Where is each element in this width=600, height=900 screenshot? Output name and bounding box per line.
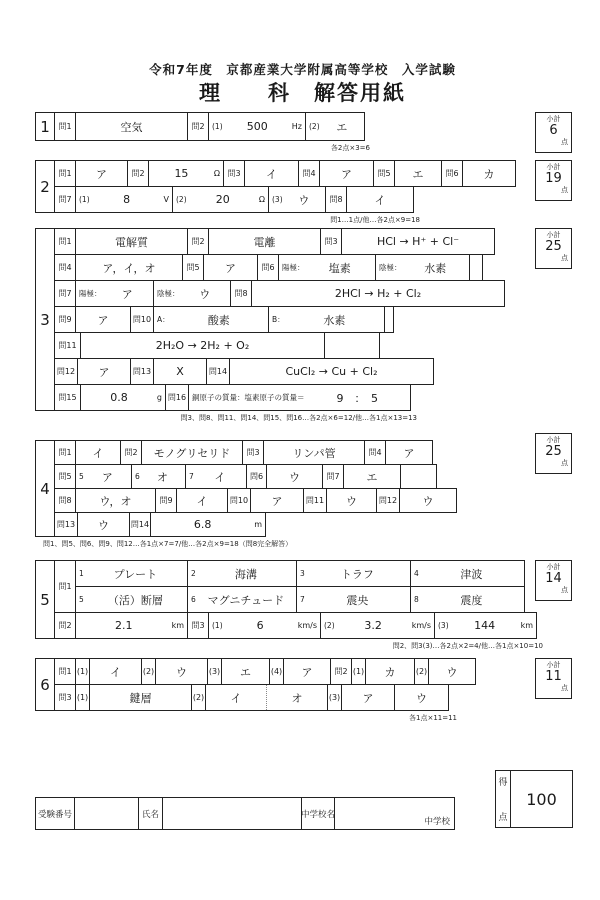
answer-value: オ [267, 690, 327, 706]
question-label: 問5 [373, 160, 395, 187]
answer-row: 問9ア問10A：酸素B：水素 [54, 306, 505, 333]
subtotal-box-section-2: 小計19点 [535, 160, 572, 201]
question-label: 問7 [54, 186, 76, 213]
answer-cell: 2H₂O → 2H₂ + O₂ [80, 332, 325, 359]
answer-cell: イオ [205, 684, 328, 711]
sub-label: 5 [76, 472, 84, 481]
answer-cell: CuCl₂ → Cu + Cl₂ [229, 358, 434, 385]
subtotal-box-section-6: 小計11点 [535, 658, 572, 699]
answer-value: ウ [400, 493, 456, 509]
answer-cell: (2)3.2km/s [320, 612, 435, 639]
section-4: 4問1イ問2モノグリセリド問3リンパ管問4ア問55ア6オ7イ問6ウ問7エ問8ウ，… [35, 440, 457, 537]
sub-label: (1) [76, 195, 90, 204]
answer-sheet-page: 令和7年度 京都産業大学附属高等学校 入学試験 理 科 解答用紙 1問1空気問2… [0, 0, 600, 900]
sub-label: 6 [132, 472, 140, 481]
answer-value: 6 [223, 619, 298, 632]
answer-row: 問1(1)イ(2)ウ(3)エ(4)ア問2(1)カ(2)ウ [54, 658, 476, 685]
question-label: 問14 [206, 358, 230, 385]
answer-value: イ [90, 664, 141, 680]
answer-row: 問12ア問13X問14CuCl₂ → Cu + Cl₂ [54, 358, 505, 385]
answer-value: エ [344, 469, 400, 485]
exam-number-field [74, 797, 139, 830]
unit-label: g [157, 393, 165, 402]
question-label: (3) [327, 684, 342, 711]
question-label: 問2 [127, 160, 149, 187]
points-label: 点 [536, 459, 571, 467]
answer-value: ア [251, 493, 303, 509]
score-label-bottom: 点 [496, 810, 510, 823]
answer-cell: ア [75, 306, 131, 333]
exam-number-label: 受験番号 [35, 797, 75, 830]
answer-cell: エ [221, 658, 270, 685]
answer-cell: 陰極：水素 [375, 254, 470, 281]
answer-cell: 4津波 [410, 560, 525, 587]
answer-value: HCl → H⁺ + Cl⁻ [342, 235, 494, 248]
question-label: 問5 [182, 254, 204, 281]
answer-cell: 1プレート [75, 560, 188, 587]
answer-value: 酸素 [170, 312, 268, 328]
points-label: 点 [536, 586, 571, 594]
answer-cell: ウ [77, 512, 130, 537]
scoring-note: 問1、問5、問6、問9、問12…各1点×7=7/他…各2点×9=18（問8完全解… [43, 539, 292, 549]
sub-label: B： [269, 314, 285, 325]
answer-value: 水素 [285, 312, 384, 328]
answer-cell: ア [283, 658, 331, 685]
answer-value: ア [320, 166, 373, 182]
answer-cell: (1)8V [75, 186, 173, 213]
answer-value: 水素 [402, 260, 470, 276]
question-label: 問9 [155, 488, 177, 513]
answer-cell: 陰極：ウ [153, 280, 231, 307]
answer-value: エ [222, 664, 269, 680]
question-label: 問5 [54, 464, 76, 489]
answer-value: イ [194, 469, 246, 485]
question-label: 問12 [54, 358, 78, 385]
question-label: 問7 [322, 464, 344, 489]
question-label: 問1 [54, 112, 76, 141]
subtotal-value: 14 [536, 571, 571, 586]
answer-cell: 電解質 [75, 228, 188, 255]
sub-label: 7 [297, 595, 305, 604]
answer-value: イ [245, 166, 298, 182]
question-label: (1) [351, 658, 366, 685]
answer-cell: 15Ω [148, 160, 224, 187]
question-label: 問2 [187, 112, 209, 141]
answer-cell: (1)6km/s [208, 612, 321, 639]
section-5: 5問11プレート2海溝3トラフ4津波5（活）断層6マグニチュード7震央8震度問2… [35, 560, 537, 639]
answer-value: リンパ管 [264, 445, 364, 461]
answer-value: エ [320, 119, 364, 135]
answer-value: イ [347, 192, 413, 208]
answer-cell: ウ [326, 488, 377, 513]
sub-label: (2) [306, 122, 320, 131]
question-label: 問6 [246, 464, 267, 489]
scoring-note: 各2点×3=6 [55, 143, 370, 153]
question-label: (2) [414, 658, 429, 685]
answer-row: 問1ア問215Ω問3イ問4ア問5エ問6カ [54, 160, 516, 187]
answer-value: ウ [327, 493, 376, 509]
answer-cell: 2海溝 [187, 560, 297, 587]
answer-value: 海溝 [196, 566, 296, 582]
question-label: 問3 [223, 160, 245, 187]
answer-cell: 2HCl → H₂ + Cl₂ [251, 280, 505, 307]
question-label: 問3 [187, 612, 209, 639]
answer-cell: モノグリセリド [141, 440, 243, 465]
question-label: (2) [191, 684, 206, 711]
empty-cell [400, 464, 437, 489]
total-score-label: 得 点 [496, 771, 511, 827]
subtotal-label: 小計 [536, 661, 571, 669]
answer-cell: (2)エ [305, 112, 365, 141]
section-number: 5 [35, 560, 55, 639]
section-6: 6問1(1)イ(2)ウ(3)エ(4)ア問2(1)カ(2)ウ問3(1)鍵層(2)イ… [35, 658, 476, 711]
answer-cell: ウ [266, 464, 323, 489]
answer-value: ア [78, 364, 130, 380]
score-label-top: 得 [496, 775, 510, 788]
answer-cell: イ [75, 440, 121, 465]
empty-cell [384, 306, 394, 333]
answer-value: ウ [78, 517, 129, 533]
scoring-note: 問1…1点/他…各2点×9=18 [55, 215, 420, 225]
question-label: (4) [269, 658, 284, 685]
answer-value: （活）断層 [84, 592, 187, 608]
answer-row: 問1電解質問2電離問3HCl → H⁺ + Cl⁻ [54, 228, 505, 255]
sub-label: 8 [411, 595, 419, 604]
answer-value: ア [102, 286, 154, 302]
scoring-note: 各1点×11=11 [55, 713, 457, 723]
answer-value: X [154, 365, 206, 378]
question-label: 問15 [54, 384, 81, 411]
answer-row: 問7(1)8V(2)20Ω(3)ウ問8イ [54, 186, 516, 213]
answer-row: 問11プレート2海溝3トラフ4津波 [54, 560, 537, 587]
subtotal-label: 小計 [536, 115, 571, 123]
answer-value: 15 [149, 167, 214, 180]
answer-cell: 8震度 [410, 586, 525, 613]
subtotal-box-section-1: 小計6点 [535, 112, 572, 153]
sub-label: (3) [435, 621, 449, 630]
answer-value: ア [204, 260, 257, 276]
answer-value: ア [284, 664, 330, 680]
answer-row: 問8ウ，オ問9イ問10ア問11ウ問12ウ [54, 488, 457, 513]
answer-cell: ア [385, 440, 433, 465]
subtotal-value: 25 [536, 444, 571, 459]
subtotal-label: 小計 [536, 563, 571, 571]
question-label: 問11 [303, 488, 327, 513]
answer-value: 空気 [76, 119, 187, 135]
answer-value: エ [395, 166, 441, 182]
question-label: 問12 [376, 488, 400, 513]
subtotal-value: 25 [536, 239, 571, 254]
answer-value: ア [76, 312, 130, 328]
answer-cell: 6マグニチュード [187, 586, 297, 613]
sub-label: 1 [76, 569, 84, 578]
question-label: 問9 [54, 306, 76, 333]
question-label: 問2 [120, 440, 142, 465]
answer-row: 問3(1)鍵層(2)イオ(3)アウ [54, 684, 476, 711]
answer-value: 0.8 [81, 391, 157, 404]
answer-value: 500 [223, 120, 292, 133]
answer-cell: ウ，オ [75, 488, 156, 513]
exam-header-line: 令和7年度 京都産業大学附属高等学校 入学試験 [0, 60, 600, 78]
question-label: 問3 [242, 440, 264, 465]
answer-value: 2.1 [76, 619, 172, 632]
answer-value: イ [76, 445, 120, 461]
answer-row: 5（活）断層6マグニチュード7震央8震度 [75, 586, 537, 613]
answer-cell: ア [250, 488, 304, 513]
name-label: 氏名 [138, 797, 163, 830]
unit-label: Ω [259, 195, 268, 204]
section-number: 2 [35, 160, 55, 213]
answer-value: マグニチュード [196, 592, 296, 608]
sub-label: 2 [188, 569, 196, 578]
question-label: (2) [141, 658, 156, 685]
answer-cell: ア [77, 358, 131, 385]
subtotal-label: 小計 [536, 436, 571, 444]
answer-value: 塩素 [305, 260, 376, 276]
answer-row: 問55ア6オ7イ問6ウ問7エ [54, 464, 457, 489]
answer-cell: 銅原子の質量：塩素原子の質量＝9 ： 5 [188, 384, 411, 411]
school-suffix-label: 中学校 [424, 815, 450, 827]
answer-cell: イ [176, 488, 228, 513]
answer-value: カ [463, 166, 515, 182]
question-label: 問6 [257, 254, 279, 281]
answer-cell: 6オ [131, 464, 186, 489]
answer-value: 9 ： 5 [305, 390, 411, 406]
answer-cell: ア [203, 254, 258, 281]
question-label: 問7 [54, 280, 76, 307]
subtotal-box-section-5: 小計14点 [535, 560, 572, 601]
question-label: 問4 [364, 440, 386, 465]
answer-cell: (3)144km [434, 612, 537, 639]
subtotal-label: 小計 [536, 231, 571, 239]
answer-cell: 7イ [185, 464, 247, 489]
answer-row: 問112H₂O → 2H₂ + O₂ [54, 332, 505, 359]
scoring-note: 問2、問3(3)…各2点×2=4/他…各1点×10=10 [55, 641, 543, 651]
answer-value: イ [177, 493, 227, 509]
question-label: 問1 [54, 560, 76, 613]
answer-value: ア [342, 690, 394, 706]
answer-value: ア [76, 166, 127, 182]
answer-cell: イ [89, 658, 142, 685]
question-label: 問11 [54, 332, 81, 359]
name-field [162, 797, 302, 830]
answer-value: モノグリセリド [142, 445, 242, 461]
answer-value: ウ [267, 469, 322, 485]
sub-label: (1) [209, 621, 223, 630]
sub-label: (2) [321, 621, 335, 630]
unit-label: Ω [214, 169, 223, 178]
unit-label: km [172, 621, 187, 630]
examinee-info-table: 受験番号 氏名 中学校名 中学校 [35, 797, 455, 830]
answer-cell: イ [346, 186, 414, 213]
answer-cell: イ [244, 160, 299, 187]
sub-label: 陽極： [76, 288, 102, 299]
answer-value: ウ [283, 192, 325, 208]
answer-value: ア [84, 469, 131, 485]
points-label: 点 [536, 254, 571, 262]
answer-value: ウ [156, 664, 207, 680]
answer-cell: 空気 [75, 112, 188, 141]
answer-value: カ [366, 664, 414, 680]
answer-value: CuCl₂ → Cu + Cl₂ [230, 365, 433, 378]
answer-cell: エ [394, 160, 442, 187]
answer-value: 2HCl → H₂ + Cl₂ [252, 287, 504, 300]
question-label: 問10 [130, 306, 154, 333]
answer-value: ア [386, 445, 432, 461]
sub-label: 4 [411, 569, 419, 578]
answer-value: 144 [449, 619, 521, 632]
answer-cell: 陽極：ア [75, 280, 154, 307]
question-label: (3) [207, 658, 222, 685]
answer-value: ウ，オ [76, 493, 155, 509]
question-label: 問3 [54, 684, 76, 711]
answer-value: 震央 [305, 592, 410, 608]
answer-cell: (1)500Hz [208, 112, 306, 141]
answer-cell: 3トラフ [296, 560, 411, 587]
answer-cell: (2)20Ω [172, 186, 269, 213]
answer-value: プレート [84, 566, 187, 582]
answer-cell: A：酸素 [153, 306, 269, 333]
answer-value: 6.8 [151, 518, 254, 531]
unit-label: Hz [292, 122, 305, 131]
section-number: 4 [35, 440, 55, 537]
school-label: 中学校名 [301, 797, 335, 830]
answer-row: 問150.8g問16銅原子の質量：塩素原子の質量＝9 ： 5 [54, 384, 505, 411]
sub-label: (3) [269, 195, 283, 204]
section-number: 1 [35, 112, 55, 141]
answer-value: 8 [90, 193, 164, 206]
answer-value: イ [206, 690, 266, 706]
answer-cell: ア [75, 160, 128, 187]
answer-cell: 鍵層 [89, 684, 192, 711]
sub-label: 5 [76, 595, 84, 604]
question-label: 問13 [54, 512, 78, 537]
question-label: 問13 [130, 358, 154, 385]
subtotal-value: 6 [536, 123, 571, 138]
answer-cell: リンパ管 [263, 440, 365, 465]
empty-cell [324, 332, 380, 359]
unit-label: V [164, 195, 172, 204]
answer-value: 鍵層 [90, 690, 191, 706]
section-3: 3問1電解質問2電離問3HCl → H⁺ + Cl⁻問4ア，イ，オ問5ア問6陽極… [35, 228, 505, 411]
subtotal-box-section-4: 小計25点 [535, 433, 572, 474]
section-number: 3 [35, 228, 55, 411]
answer-value: 電解質 [76, 234, 187, 250]
answer-value: 津波 [419, 566, 524, 582]
subtotal-value: 19 [536, 171, 571, 186]
answer-cell: カ [462, 160, 516, 187]
answer-cell: ア [341, 684, 395, 711]
answer-cell: エ [343, 464, 401, 489]
answer-cell: 5（活）断層 [75, 586, 188, 613]
question-label: 問1 [54, 440, 76, 465]
section-number: 6 [35, 658, 55, 711]
answer-row: 問1空気問2(1)500Hz(2)エ [54, 112, 365, 141]
question-label: 問2 [54, 612, 76, 639]
question-label: 問16 [165, 384, 189, 411]
sub-label: 陰極： [376, 262, 402, 273]
question-label: 問8 [54, 488, 76, 513]
answer-cell: (3)ウ [268, 186, 326, 213]
answer-cell: 0.8g [80, 384, 166, 411]
answer-value: トラフ [305, 566, 410, 582]
answer-cell: 電離 [208, 228, 321, 255]
question-label: 問8 [325, 186, 347, 213]
points-label: 点 [536, 684, 571, 692]
unit-label: km/s [298, 621, 320, 630]
answer-cell: ウ [394, 684, 449, 711]
points-label: 点 [536, 186, 571, 194]
question-label: 問1 [54, 160, 76, 187]
answer-cell: ウ [399, 488, 457, 513]
answer-value: 20 [187, 193, 259, 206]
subtotal-box-section-3: 小計25点 [535, 228, 572, 269]
sub-label: A： [154, 314, 170, 325]
answer-cell: ウ [155, 658, 208, 685]
answer-value: ウ [180, 286, 231, 302]
answer-cell: 2.1km [75, 612, 188, 639]
answer-cell: ウ [428, 658, 476, 685]
answer-cell: B：水素 [268, 306, 385, 333]
unit-label: km [521, 621, 536, 630]
question-label: (1) [75, 684, 90, 711]
section-2: 2問1ア問215Ω問3イ問4ア問5エ問6カ問7(1)8V(2)20Ω(3)ウ問8… [35, 160, 516, 213]
answer-cell: 陽極：塩素 [278, 254, 376, 281]
question-label: 問2 [330, 658, 352, 685]
answer-value: 震度 [419, 592, 524, 608]
answer-cell: HCl → H⁺ + Cl⁻ [341, 228, 495, 255]
question-label: 問1 [54, 228, 76, 255]
section-1: 1問1空気問2(1)500Hz(2)エ各2点×3=6 [35, 112, 365, 141]
answer-value: ア，イ，オ [76, 260, 182, 276]
question-label: 問2 [187, 228, 209, 255]
answer-value: オ [140, 469, 185, 485]
answer-value: ウ [395, 690, 448, 706]
answer-value: 電離 [209, 234, 320, 250]
sub-label: 7 [186, 472, 194, 481]
sub-label: (1) [209, 122, 223, 131]
question-label: 問4 [54, 254, 76, 281]
answer-cell: 6.8m [150, 512, 266, 537]
sub-label: 陽極： [279, 262, 305, 273]
total-score-value: 100 [511, 771, 572, 827]
question-label: (1) [75, 658, 90, 685]
total-score-box: 得 点 100 [495, 770, 573, 828]
question-label: 問10 [227, 488, 251, 513]
answer-row: 問1イ問2モノグリセリド問3リンパ管問4ア [54, 440, 457, 465]
answer-value: 2H₂O → 2H₂ + O₂ [81, 339, 324, 352]
sub-label: 3 [297, 569, 305, 578]
answer-row: 問13ウ問146.8m [54, 512, 457, 537]
sheet-title: 理 科 解答用紙 [0, 77, 600, 107]
answer-cell: ア，イ，オ [75, 254, 183, 281]
question-label: 問6 [441, 160, 463, 187]
sub-label: (2) [173, 195, 187, 204]
unit-label: km/s [412, 621, 434, 630]
question-label: 問1 [54, 658, 76, 685]
scoring-note: 問3、問8、問11、問14、問15、問16…各2点×6=12/他…各1点×13=… [55, 413, 417, 423]
answer-row: 問7陽極：ア陰極：ウ問82HCl → H₂ + Cl₂ [54, 280, 505, 307]
question-label: 問8 [230, 280, 252, 307]
sub-label: 陰極： [154, 288, 180, 299]
answer-cell: ア [319, 160, 374, 187]
answer-cell: 7震央 [296, 586, 411, 613]
sub-label: 銅原子の質量：塩素原子の質量＝ [189, 392, 305, 403]
school-field: 中学校 [334, 797, 455, 830]
empty-cell [469, 254, 483, 281]
question-label: 問14 [129, 512, 151, 537]
question-label: 問4 [298, 160, 320, 187]
